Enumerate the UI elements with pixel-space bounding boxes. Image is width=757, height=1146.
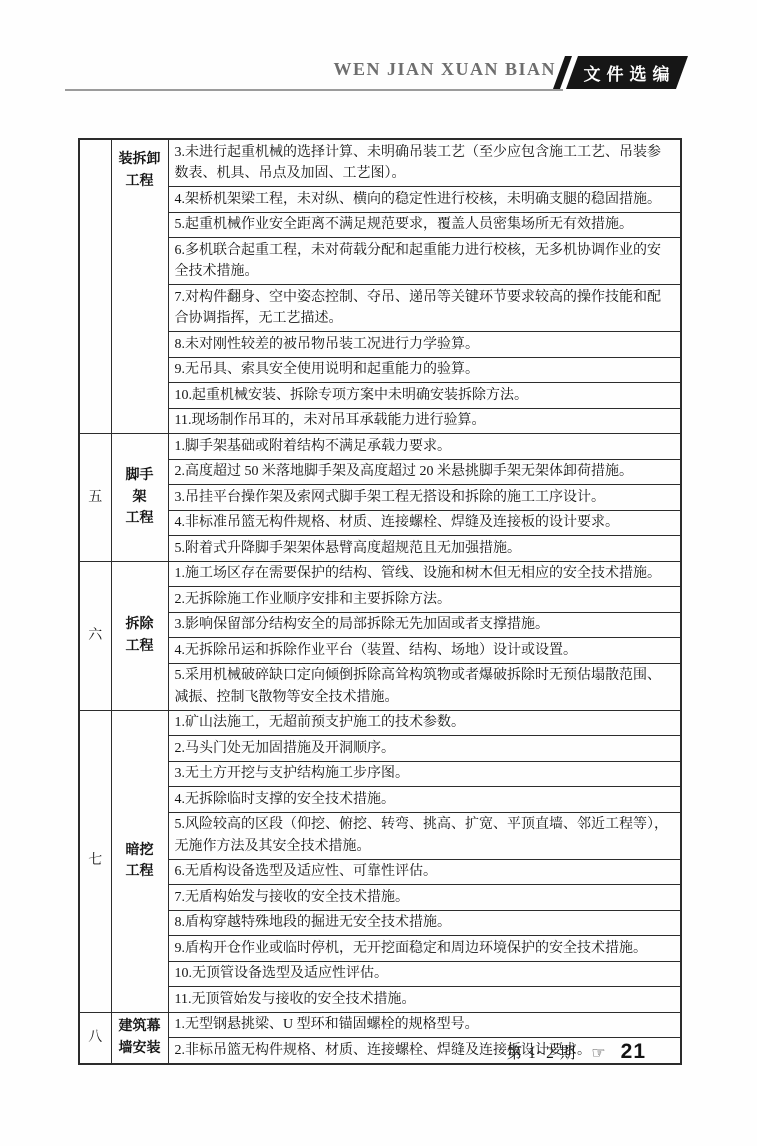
rule-item: 5.风险较高的区段（仰挖、俯挖、转弯、挑高、扩宽、平顶直墙、邻近工程等），无施作… — [168, 812, 681, 859]
table-row: 10.起重机械安装、拆除专项方案中未明确安装拆除方法。 — [79, 383, 681, 409]
section-category-line: 工程 — [118, 636, 162, 658]
table-row: 7.无盾构始发与接收的安全技术措施。 — [79, 885, 681, 911]
rule-item: 2.无拆除施工作业顺序安排和主要拆除方法。 — [168, 587, 681, 613]
section-category-cell: 装拆卸工程 — [111, 139, 168, 434]
rule-item: 3.未进行起重机械的选择计算、未明确吊装工艺（至少应包含施工工艺、吊装参数表、机… — [168, 139, 681, 187]
header-badge-label: 文件选编 — [572, 56, 682, 89]
rule-item: 1.脚手架基础或附着结构不满足承载力要求。 — [168, 434, 681, 460]
section-number-cell: 五 — [79, 434, 111, 562]
section-category-line: 工程 — [118, 508, 162, 530]
page-number: 21 — [621, 1040, 646, 1064]
table-row: 9.盾构开仓作业或临时停机，无开挖面稳定和周边环境保护的安全技术措施。 — [79, 936, 681, 962]
table-row: 6.多机联合起重工程，未对荷载分配和起重能力进行校核，无多机协调作业的安全技术措… — [79, 238, 681, 285]
section-category-line: 脚手 — [118, 465, 162, 487]
table-row: 8.盾构穿越特殊地段的掘进无安全技术措施。 — [79, 910, 681, 936]
section-category-line: 工程 — [118, 171, 162, 193]
rule-item: 8.盾构穿越特殊地段的掘进无安全技术措施。 — [168, 910, 681, 936]
rule-item: 2.马头门处无加固措施及开洞顺序。 — [168, 736, 681, 762]
table-row: 5.风险较高的区段（仰挖、俯挖、转弯、挑高、扩宽、平顶直墙、邻近工程等），无施作… — [79, 812, 681, 859]
header-latin-title: WEN JIAN XUAN BIAN — [0, 59, 556, 80]
rule-item: 4.无拆除吊运和拆除作业平台（装置、结构、场地）设计或设置。 — [168, 638, 681, 664]
table-row: 4.无拆除吊运和拆除作业平台（装置、结构、场地）设计或设置。 — [79, 638, 681, 664]
section-category-cell: 建筑幕墙安装 — [111, 1012, 168, 1064]
rule-item: 5.采用机械破碎缺口定向倾倒拆除高耸构筑物或者爆破拆除时无预估塌散范围、减振、控… — [168, 663, 681, 710]
section-number-cell: 六 — [79, 561, 111, 710]
section-category-line: 装拆卸 — [118, 149, 162, 171]
table-row: 4.架桥机架梁工程，未对纵、横向的稳定性进行校核，未明确支腿的稳固措施。 — [79, 187, 681, 213]
rule-item: 9.盾构开仓作业或临时停机，无开挖面稳定和周边环境保护的安全技术措施。 — [168, 936, 681, 962]
rule-item: 6.无盾构设备选型及适应性、可靠性评估。 — [168, 859, 681, 885]
table-row: 3.影响保留部分结构安全的局部拆除无先加固或者支撑措施。 — [79, 612, 681, 638]
table-row: 3.吊挂平台操作架及索网式脚手架工程无搭设和拆除的施工工序设计。 — [79, 485, 681, 511]
rule-item: 4.架桥机架梁工程，未对纵、横向的稳定性进行校核，未明确支腿的稳固措施。 — [168, 187, 681, 213]
table-row: 2.无拆除施工作业顺序安排和主要拆除方法。 — [79, 587, 681, 613]
table-row: 11.现场制作吊耳的，未对吊耳承载能力进行验算。 — [79, 408, 681, 434]
table-row: 5.起重机械作业安全距离不满足规范要求，覆盖人员密集场所无有效措施。 — [79, 212, 681, 238]
table-row: 7.对构件翻身、空中姿态控制、夺吊、递吊等关键环节要求较高的操作技能和配合协调指… — [79, 285, 681, 332]
section-category-line: 墙安装 — [118, 1038, 162, 1060]
section-category-cell: 脚手架工程 — [111, 434, 168, 562]
section-number-cell: 八 — [79, 1012, 111, 1064]
table-row: 10.无顶管设备选型及适应性评估。 — [79, 961, 681, 987]
header-rule — [65, 89, 563, 91]
rule-item: 2.高度超过 50 米落地脚手架及高度超过 20 米悬挑脚手架无架体卸荷措施。 — [168, 459, 681, 485]
section-category-cell: 暗挖工程 — [111, 710, 168, 1012]
rule-item: 3.影响保留部分结构安全的局部拆除无先加固或者支撑措施。 — [168, 612, 681, 638]
rule-item: 10.起重机械安装、拆除专项方案中未明确安装拆除方法。 — [168, 383, 681, 409]
rule-item: 3.无土方开挖与支护结构施工步序图。 — [168, 761, 681, 787]
table-row: 2.高度超过 50 米落地脚手架及高度超过 20 米悬挑脚手架无架体卸荷措施。 — [79, 459, 681, 485]
table-row: 3.无土方开挖与支护结构施工步序图。 — [79, 761, 681, 787]
section-number-cell — [79, 139, 111, 434]
section-category-line: 工程 — [118, 861, 162, 883]
table-row: 八建筑幕墙安装1.无型钢悬挑梁、U 型环和锚固螺栓的规格型号。 — [79, 1012, 681, 1038]
rule-item: 9.无吊具、索具安全使用说明和起重能力的验算。 — [168, 357, 681, 383]
rule-item: 10.无顶管设备选型及适应性评估。 — [168, 961, 681, 987]
table-row: 5.采用机械破碎缺口定向倾倒拆除高耸构筑物或者爆破拆除时无预估塌散范围、减振、控… — [79, 663, 681, 710]
section-number-cell: 七 — [79, 710, 111, 1012]
table-row: 4.无拆除临时支撑的安全技术措施。 — [79, 787, 681, 813]
document-page: WEN JIAN XUAN BIAN 文件选编 装拆卸工程3.未进行起重机械的选… — [0, 0, 757, 1146]
table-row: 9.无吊具、索具安全使用说明和起重能力的验算。 — [79, 357, 681, 383]
rule-item: 6.多机联合起重工程，未对荷载分配和起重能力进行校核，无多机协调作业的安全技术措… — [168, 238, 681, 285]
table-row: 2.马头门处无加固措施及开洞顺序。 — [79, 736, 681, 762]
section-category-cell: 拆除工程 — [111, 561, 168, 710]
rule-item: 5.附着式升降脚手架架体悬臂高度超规范且无加强措施。 — [168, 536, 681, 562]
page-footer: 第 1~2 期 ☞ 21 — [380, 1040, 646, 1064]
rule-item: 8.未对刚性较差的被吊物吊装工况进行力学验算。 — [168, 332, 681, 358]
rule-item: 11.现场制作吊耳的，未对吊耳承载能力进行验算。 — [168, 408, 681, 434]
section-category-line: 暗挖 — [118, 840, 162, 862]
table-row: 4.非标准吊篮无构件规格、材质、连接螺栓、焊缝及连接板的设计要求。 — [79, 510, 681, 536]
table-row: 8.未对刚性较差的被吊物吊装工况进行力学验算。 — [79, 332, 681, 358]
table-row: 装拆卸工程3.未进行起重机械的选择计算、未明确吊装工艺（至少应包含施工工艺、吊装… — [79, 139, 681, 187]
rule-item: 4.无拆除临时支撑的安全技术措施。 — [168, 787, 681, 813]
issue-label: 第 1~2 期 — [507, 1041, 577, 1063]
table-row: 5.附着式升降脚手架架体悬臂高度超规范且无加强措施。 — [79, 536, 681, 562]
table-row: 11.无顶管始发与接收的安全技术措施。 — [79, 987, 681, 1013]
rule-item: 1.无型钢悬挑梁、U 型环和锚固螺栓的规格型号。 — [168, 1012, 681, 1038]
table-row: 五脚手架工程1.脚手架基础或附着结构不满足承载力要求。 — [79, 434, 681, 460]
table-row: 七暗挖工程1.矿山法施工，无超前预支护施工的技术参数。 — [79, 710, 681, 736]
rule-item: 5.起重机械作业安全距离不满足规范要求，覆盖人员密集场所无有效措施。 — [168, 212, 681, 238]
rule-item: 3.吊挂平台操作架及索网式脚手架工程无搭设和拆除的施工工序设计。 — [168, 485, 681, 511]
section-category-line: 拆除 — [118, 614, 162, 636]
section-category-line: 架 — [118, 487, 162, 509]
rule-item: 4.非标准吊篮无构件规格、材质、连接螺栓、焊缝及连接板的设计要求。 — [168, 510, 681, 536]
rule-item: 7.无盾构始发与接收的安全技术措施。 — [168, 885, 681, 911]
safety-rules-table: 装拆卸工程3.未进行起重机械的选择计算、未明确吊装工艺（至少应包含施工工艺、吊装… — [78, 138, 682, 1065]
rule-item: 1.矿山法施工，无超前预支护施工的技术参数。 — [168, 710, 681, 736]
table-row: 六拆除工程1.施工场区存在需要保护的结构、管线、设施和树木但无相应的安全技术措施… — [79, 561, 681, 587]
rule-item: 11.无顶管始发与接收的安全技术措施。 — [168, 987, 681, 1013]
rule-item: 1.施工场区存在需要保护的结构、管线、设施和树木但无相应的安全技术措施。 — [168, 561, 681, 587]
section-category-line: 建筑幕 — [118, 1016, 162, 1038]
table-row: 6.无盾构设备选型及适应性、可靠性评估。 — [79, 859, 681, 885]
rule-item: 7.对构件翻身、空中姿态控制、夺吊、递吊等关键环节要求较高的操作技能和配合协调指… — [168, 285, 681, 332]
pointing-hand-icon: ☞ — [591, 1043, 605, 1062]
